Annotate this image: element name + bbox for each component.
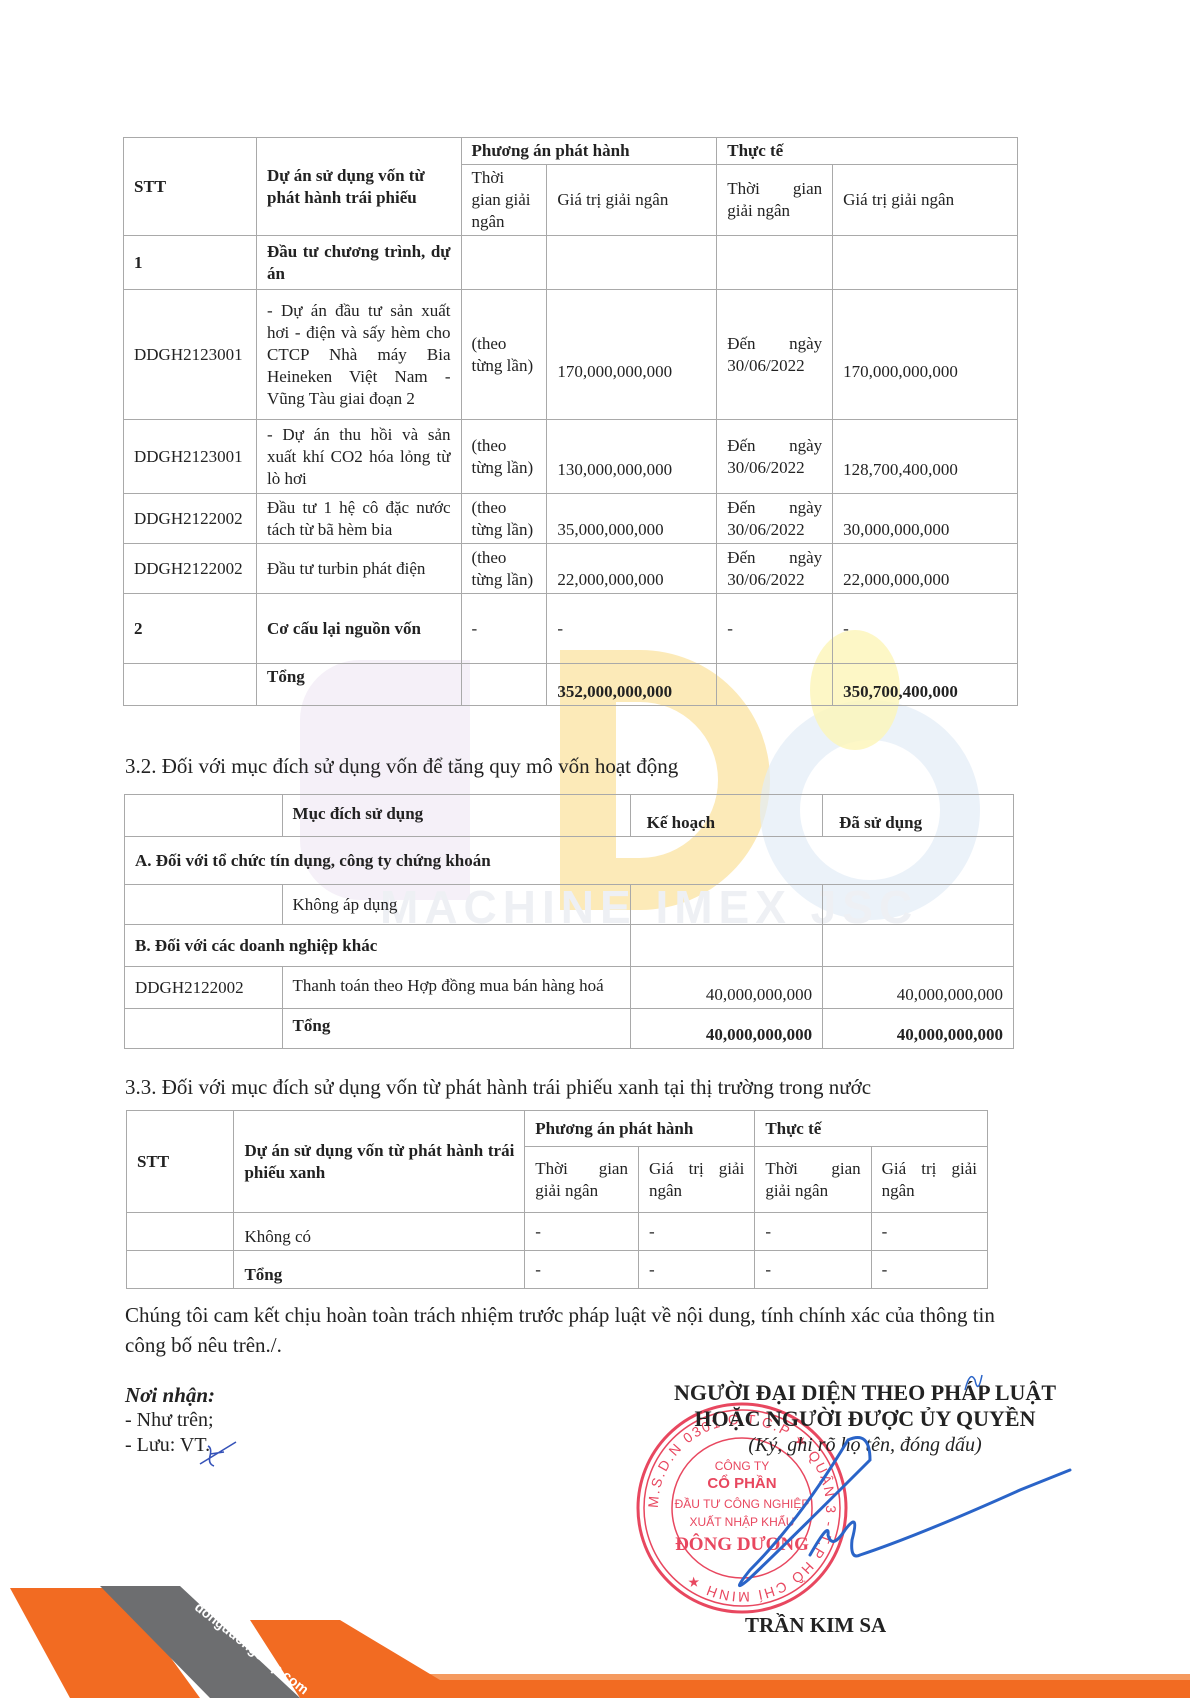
signatory-name: TRẦN KIM SA [745,1613,886,1638]
recipients-title: Nơi nhận: [125,1383,215,1408]
recipient-item: - Lưu: VT. [125,1433,215,1458]
section-label: Đầu tư chương trình, dự án [256,236,461,290]
header-plan-value: Giá trị giải ngân [547,165,717,236]
bond-proceeds-table: STT Dự án sử dụng vốn từ phát hành trái … [123,137,1018,706]
table-row: DDGH2122002 Đầu tư turbin phát điện (the… [124,544,1018,594]
table-row: DDGH2122002 Đầu tư 1 hệ cô đặc nước tách… [124,494,1018,544]
row-project: Không có [234,1213,525,1251]
header-stt: STT [127,1111,234,1213]
header-actual-time: Thời gian giải ngân [755,1147,871,1213]
section-label: Cơ cấu lại nguồn vốn [256,594,461,664]
row-actual-value: 22,000,000,000 [833,544,1018,594]
total-plan-value: 352,000,000,000 [547,664,717,706]
total-plan: 40,000,000,000 [630,1009,823,1049]
header-actual-value: Giá trị giải ngân [833,165,1018,236]
section-actual-time: - [717,594,833,664]
total-label: Tổng [282,1009,630,1049]
row-plan-value: - [638,1213,754,1251]
row-plan-time: (theo từng lần) [461,544,547,594]
row-code: DDGH2122002 [124,494,257,544]
handwritten-signature-icon [720,1340,1080,1600]
total-actual-value: 350,700,400,000 [833,664,1018,706]
header-plan-time: Thời gian giải ngân [461,165,547,236]
section-plan-time: - [461,594,547,664]
section-b: B. Đối với các doanh nghiệp khác [125,925,631,967]
header-plan-time: Thời gian giải ngân [525,1147,639,1213]
row-actual-value: - [871,1213,987,1251]
row-plan-value: 22,000,000,000 [547,544,717,594]
total-row: Tổng 40,000,000,000 40,000,000,000 [125,1009,1014,1049]
total-row: Tổng - - - - [127,1251,988,1289]
total-actual-time: - [755,1251,871,1289]
table-row: DDGH2122002 Thanh toán theo Hợp đồng mua… [125,967,1014,1009]
table-row: DDGH2123001 - Dự án đầu tư sản xuất hơi … [124,290,1018,420]
row-code: DDGH2123001 [124,420,257,494]
header-actual-group: Thực tế [755,1111,988,1147]
row-code: DDGH2122002 [125,967,283,1009]
header-plan-group: Phương án phát hành [525,1111,755,1147]
total-used: 40,000,000,000 [823,1009,1014,1049]
document-page: MACHINE IMEX JSC STT Dự án sử dụng vốn t… [0,0,1200,1698]
green-bond-table: STT Dự án sử dụng vốn từ phát hành trái … [126,1110,988,1289]
total-plan-time: - [525,1251,639,1289]
row-project: Đầu tư turbin phát điện [256,544,461,594]
row-actual-time: Đến ngày 30/06/2022 [717,420,833,494]
header-purpose: Mục đích sử dụng [282,795,630,837]
section-heading-3-3: 3.3. Đối với mục đích sử dụng vốn từ phá… [125,1075,871,1100]
header-actual-time: Thời gian giải ngân [717,165,833,236]
total-plan-value: - [638,1251,754,1289]
header-project: Dự án sử dụng vốn từ phát hành trái phiế… [234,1111,525,1213]
header-used: Đã sử dụng [823,795,1014,837]
row-actual-time: Đến ngày 30/06/2022 [717,290,833,420]
row-code: DDGH2123001 [124,290,257,420]
section-row-2: 2 Cơ cấu lại nguồn vốn - - - - [124,594,1018,664]
recipients-block: Nơi nhận: - Như trên; - Lưu: VT. [125,1383,215,1458]
section-plan-value: - [547,594,717,664]
row-project: - Dự án đầu tư sản xuất hơi - điện và sấ… [256,290,461,420]
row-plan-value: 35,000,000,000 [547,494,717,544]
row-actual-time: Đến ngày 30/06/2022 [717,544,833,594]
row-plan: 40,000,000,000 [630,967,823,1009]
section-stt: 2 [124,594,257,664]
table-row: DDGH2123001 - Dự án thu hồi và sản xuất … [124,420,1018,494]
row-actual-value: 128,700,400,000 [833,420,1018,494]
row-plan-time: (theo từng lần) [461,290,547,420]
row-used: 40,000,000,000 [823,967,1014,1009]
row-plan-value: 170,000,000,000 [547,290,717,420]
section-actual-value: - [833,594,1018,664]
row-purpose: Không áp dụng [282,885,630,925]
total-actual-value: - [871,1251,987,1289]
header-stt: STT [124,138,257,236]
row-plan-time: (theo từng lần) [461,420,547,494]
working-capital-table: Mục đích sử dụng Kế hoạch Đã sử dụng A. … [124,794,1014,1049]
header-project: Dự án sử dụng vốn từ phát hành trái phiế… [256,138,461,236]
row-actual-value: 170,000,000,000 [833,290,1018,420]
section-row-1: 1 Đầu tư chương trình, dự án [124,236,1018,290]
row-code: DDGH2122002 [124,544,257,594]
row-actual-time: Đến ngày 30/06/2022 [717,494,833,544]
table-row: Không áp dụng [125,885,1014,925]
total-label: Tổng [234,1251,525,1289]
row-plan-time: (theo từng lần) [461,494,547,544]
row-plan-value: 130,000,000,000 [547,420,717,494]
table-row: Không có - - - - [127,1213,988,1251]
row-project: Đầu tư 1 hệ cô đặc nước tách từ bã hèm b… [256,494,461,544]
row-actual-time: - [755,1213,871,1251]
row-project: - Dự án thu hồi và sản xuất khí CO2 hóa … [256,420,461,494]
header-plan: Kế hoạch [630,795,823,837]
header-plan-value: Giá trị giải ngân [638,1147,754,1213]
header-actual-value: Giá trị giải ngân [871,1147,987,1213]
recipient-item: - Như trên; [125,1408,215,1433]
section-heading-3-2: 3.2. Đối với mục đích sử dụng vốn để tăn… [125,754,678,779]
row-plan-time: - [525,1213,639,1251]
section-stt: 1 [124,236,257,290]
total-label: Tổng [256,664,461,706]
header-actual-group: Thực tế [717,138,1018,165]
header-plan-group: Phương án phát hành [461,138,717,165]
section-a: A. Đối với tổ chức tín dụng, công ty chứ… [125,837,1014,885]
row-actual-value: 30,000,000,000 [833,494,1018,544]
row-purpose: Thanh toán theo Hợp đồng mua bán hàng ho… [282,967,630,1009]
total-row: Tổng 352,000,000,000 350,700,400,000 [124,664,1018,706]
